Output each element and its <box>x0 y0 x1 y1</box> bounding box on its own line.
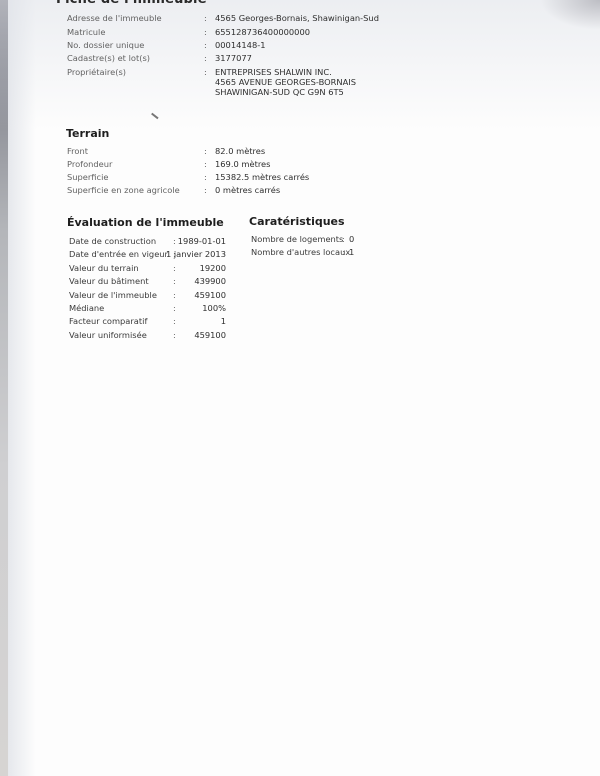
field-label: Valeur du bâtiment <box>69 276 149 286</box>
field-value: 3177077 <box>215 53 252 63</box>
terrain-heading: Terrain <box>66 127 109 140</box>
evaluation-heading: Évaluation de l'immeuble <box>67 216 224 229</box>
field-label: Superficie <box>67 172 109 182</box>
owner-city: SHAWINIGAN-SUD QC G9N 6T5 <box>215 87 356 97</box>
field-label: Cadastre(s) et lot(s) <box>67 53 150 63</box>
field-label: Front <box>67 146 88 156</box>
field-label: Propriétaire(s) <box>67 67 126 77</box>
field-separator: : <box>173 263 176 273</box>
field-value: 1 <box>221 316 226 326</box>
field-value: 169.0 mètres <box>215 159 271 169</box>
field-label: Valeur du terrain <box>69 263 139 273</box>
field-label: Médiane <box>69 303 104 313</box>
field-label: Facteur comparatif <box>69 316 147 326</box>
owner-street: 4565 AVENUE GEORGES-BORNAIS <box>215 77 356 87</box>
field-value: 459100 <box>194 330 226 340</box>
field-value: 19200 <box>200 263 226 273</box>
owner-name: ENTREPRISES SHALWIN INC. <box>215 67 356 77</box>
field-label: No. dossier unique <box>67 40 144 50</box>
field-value: 459100 <box>194 290 226 300</box>
field-value: 655128736400000000 <box>215 27 310 37</box>
field-label: Nombre d'autres locaux <box>251 247 350 257</box>
field-label: Superficie en zone agricole <box>67 185 180 195</box>
field-separator: : <box>173 316 176 326</box>
field-separator: : <box>204 172 207 182</box>
field-separator: : <box>204 53 207 63</box>
caracteristiques-heading: Caratéristiques <box>249 215 345 228</box>
field-separator: : <box>204 67 207 77</box>
field-label: Valeur uniformisée <box>69 330 147 340</box>
field-value: 4565 Georges-Bornais, Shawinigan-Sud <box>215 13 379 23</box>
page-title: Fiche de l'immeuble <box>56 0 207 7</box>
field-separator: : <box>204 13 207 23</box>
field-label: Adresse de l'immeuble <box>67 13 162 23</box>
scan-artifact-mark <box>151 113 158 119</box>
field-separator: : <box>342 234 345 244</box>
field-separator: : <box>173 303 176 313</box>
field-value: 15382.5 mètres carrés <box>215 172 309 182</box>
field-label: Date de construction <box>69 236 156 246</box>
field-separator: : <box>204 40 207 50</box>
field-separator: : <box>173 290 176 300</box>
field-separator: : <box>204 27 207 37</box>
field-separator: : <box>173 236 176 246</box>
field-value: 0 <box>349 234 354 244</box>
field-value: 1 janvier 2013 <box>166 249 226 259</box>
field-label: Nombre de logements <box>251 234 343 244</box>
field-separator: : <box>204 146 207 156</box>
field-value: 82.0 mètres <box>215 146 265 156</box>
scan-corner-shadow <box>540 0 600 30</box>
field-separator: : <box>173 330 176 340</box>
field-label: Profondeur <box>67 159 112 169</box>
field-separator: : <box>342 247 345 257</box>
field-label: Date d'entrée en vigeur <box>69 249 168 259</box>
field-value: 1 <box>349 247 354 257</box>
owner-address: ENTREPRISES SHALWIN INC. 4565 AVENUE GEO… <box>215 67 356 97</box>
field-value: 1989-01-01 <box>178 236 226 246</box>
field-separator: : <box>173 276 176 286</box>
field-separator: : <box>204 185 207 195</box>
field-separator: : <box>204 159 207 169</box>
field-value: 439900 <box>194 276 226 286</box>
field-value: 100% <box>202 303 226 313</box>
field-value: 0 mètres carrés <box>215 185 280 195</box>
scan-edge-shadow <box>0 0 8 776</box>
field-value: 00014148-1 <box>215 40 266 50</box>
scan-edge-fade <box>8 0 36 776</box>
field-label: Valeur de l'immeuble <box>69 290 157 300</box>
field-label: Matricule <box>67 27 105 37</box>
